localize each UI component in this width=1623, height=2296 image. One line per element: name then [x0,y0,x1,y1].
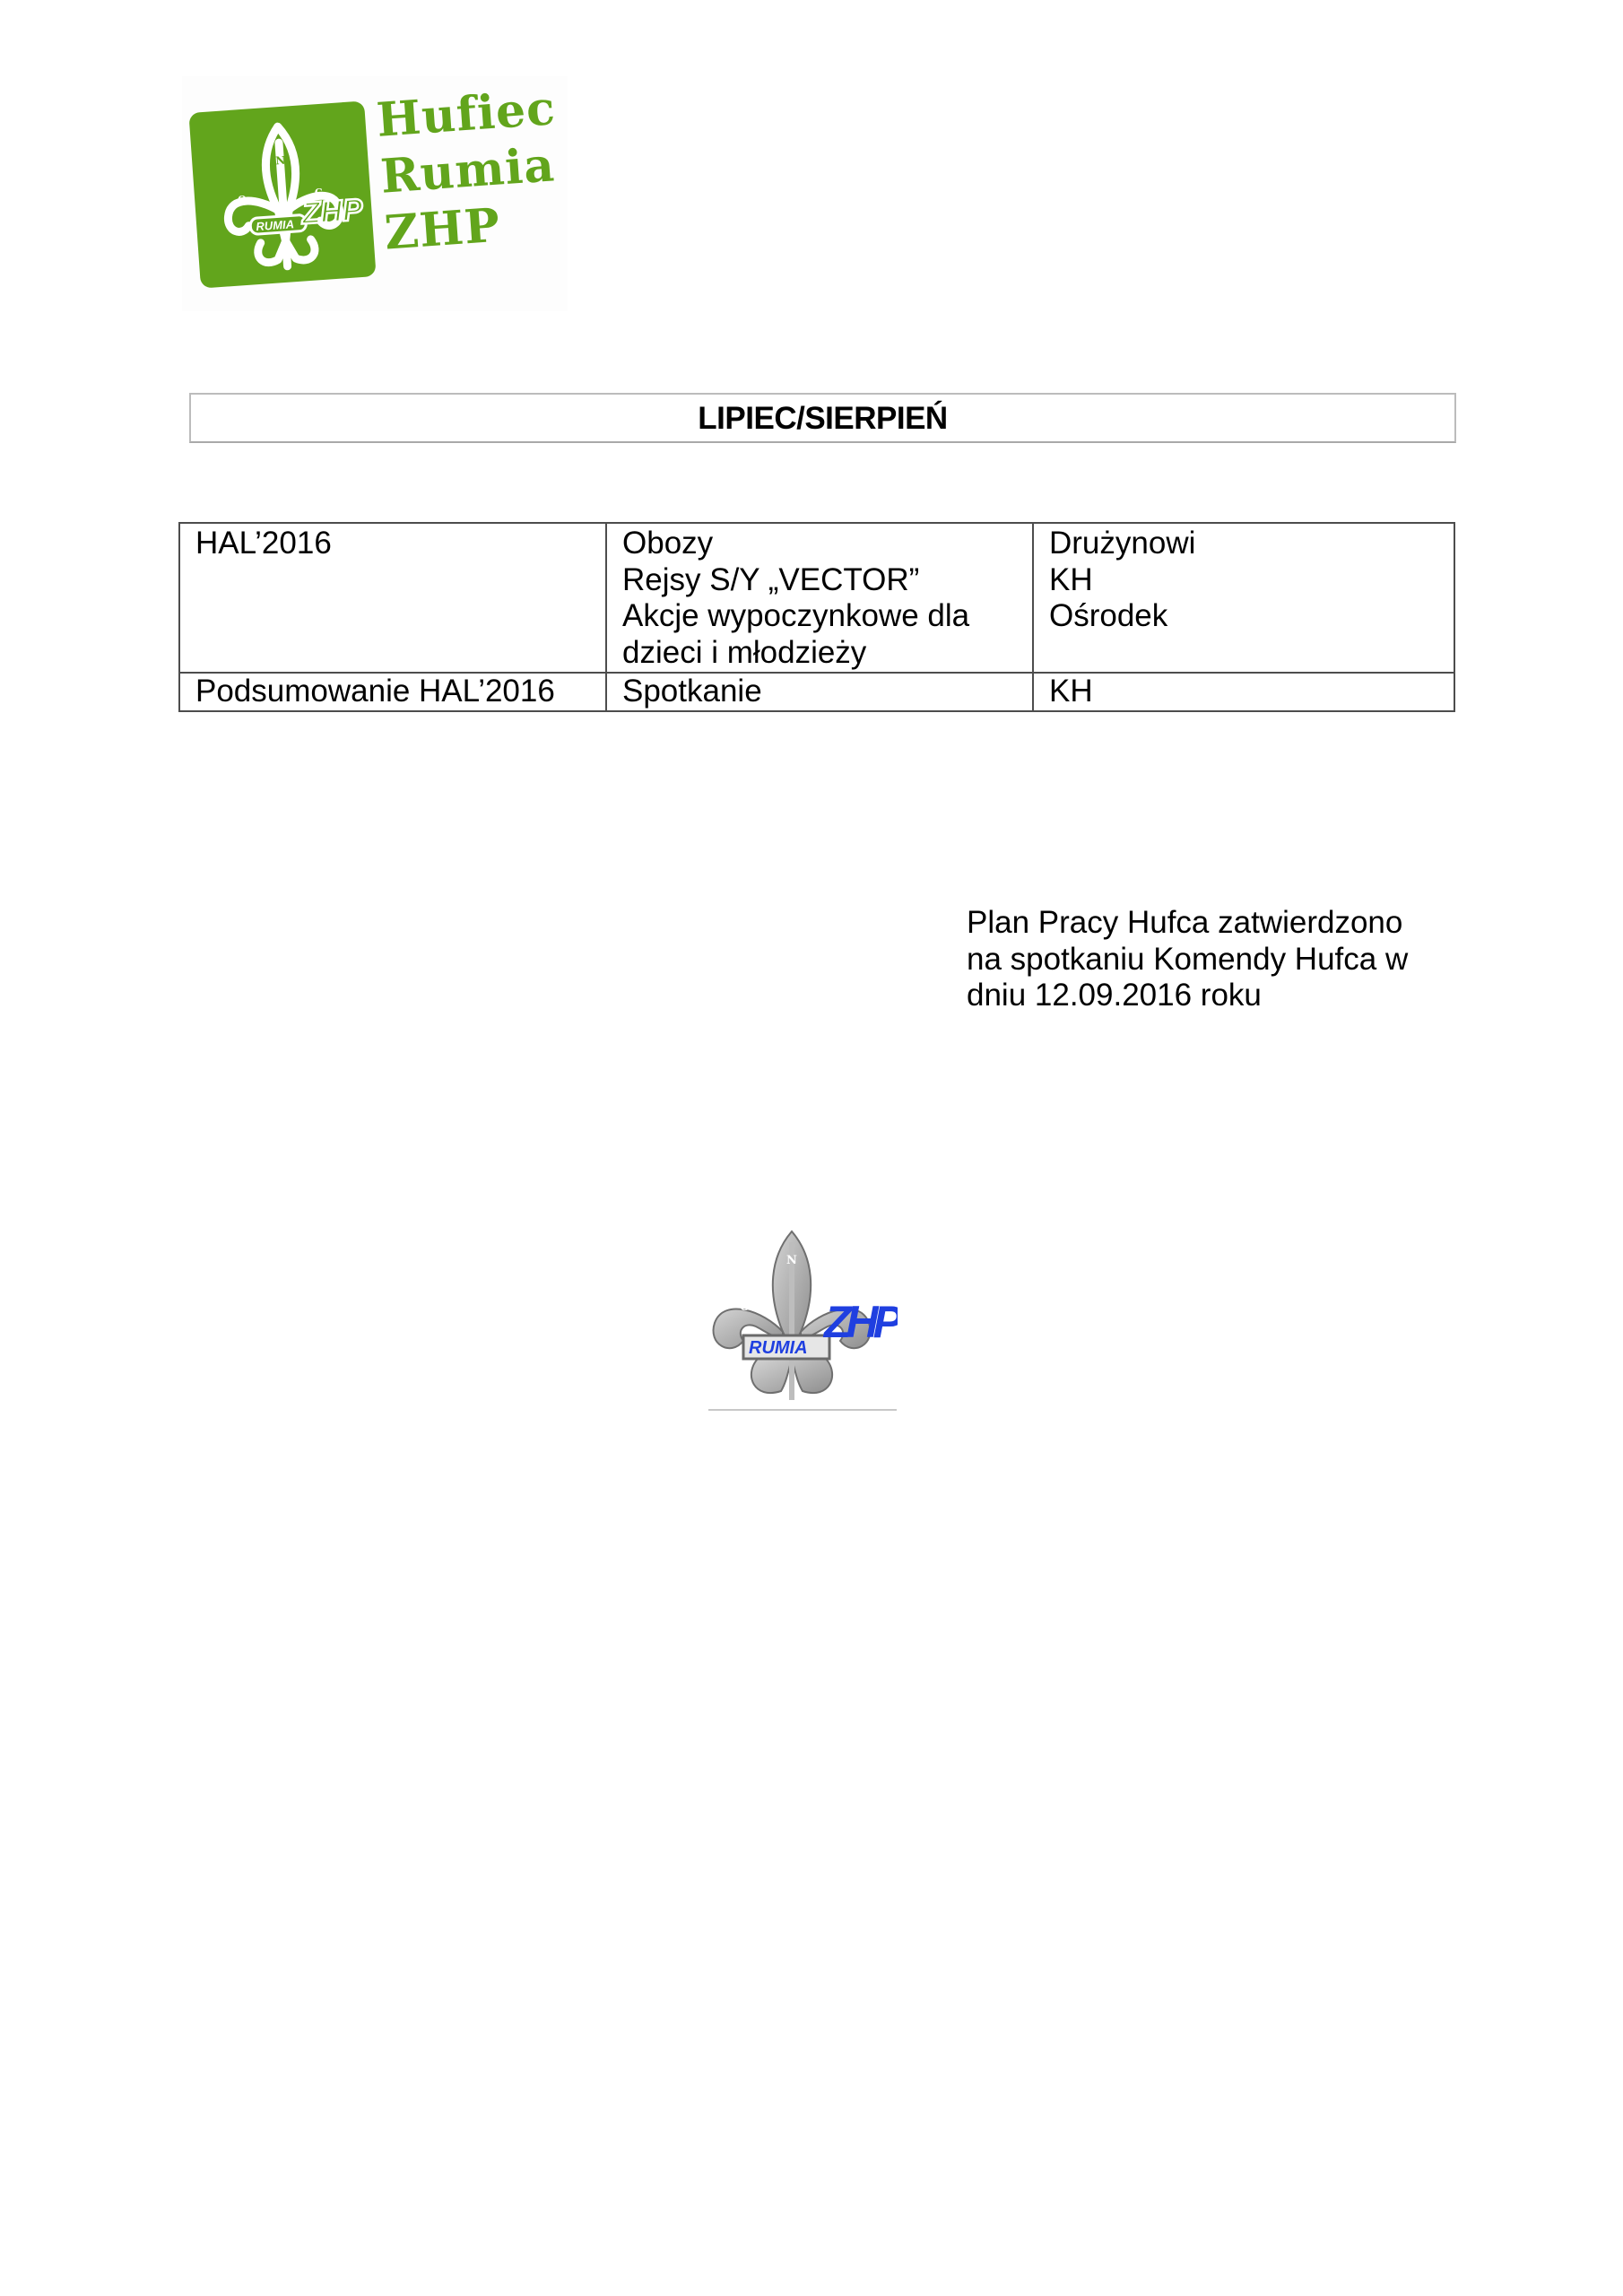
emblem-underline [708,1409,897,1411]
plan-table: HAL’2016 Obozy Rejsy S/Y „VECTOR” Akcje … [178,522,1455,712]
responsible-cell: KH [1033,673,1454,711]
logo-line-3: ZHP [383,193,566,262]
event-cell: HAL’2016 [179,523,606,673]
responsible-cell: Drużynowi KH Ośrodek [1033,523,1454,673]
svg-text:RUMIA: RUMIA [256,217,295,233]
svg-text:O: O [238,194,247,206]
svg-text:ZHP: ZHP [299,193,364,231]
table-row: Podsumowanie HAL’2016 Spotkanie KH [179,673,1454,711]
section-title: LIPIEC/SIERPIEŃ [191,395,1454,443]
zhp-rumia-emblem: N O C RUMIA ZHP [704,1224,898,1411]
logo-wordmark: Hufiec Rumia ZHP [375,80,566,261]
form-cell: Spotkanie [606,673,1033,711]
lily-emblem-icon: N O C RUMIA ZHP [188,100,376,288]
hufiec-rumia-logo: N O C RUMIA ZHP Hufiec Rumia ZHP [182,76,568,311]
fleur-de-lis-icon: N O C RUMIA ZHP [704,1224,898,1409]
svg-text:ZHP: ZHP [822,1297,898,1347]
table-row: HAL’2016 Obozy Rejsy S/Y „VECTOR” Akcje … [179,523,1454,673]
svg-text:N: N [786,1254,797,1267]
form-cell: Obozy Rejsy S/Y „VECTOR” Akcje wypoczynk… [606,523,1033,673]
event-cell: Podsumowanie HAL’2016 [179,673,606,711]
svg-text:RUMIA: RUMIA [749,1338,808,1358]
section-title-box: LIPIEC/SIERPIEŃ [189,393,1456,443]
svg-text:O: O [740,1300,750,1314]
approval-note: Plan Pracy Hufca zatwierdzono na spotkan… [967,905,1408,1014]
svg-text:N: N [275,154,286,168]
